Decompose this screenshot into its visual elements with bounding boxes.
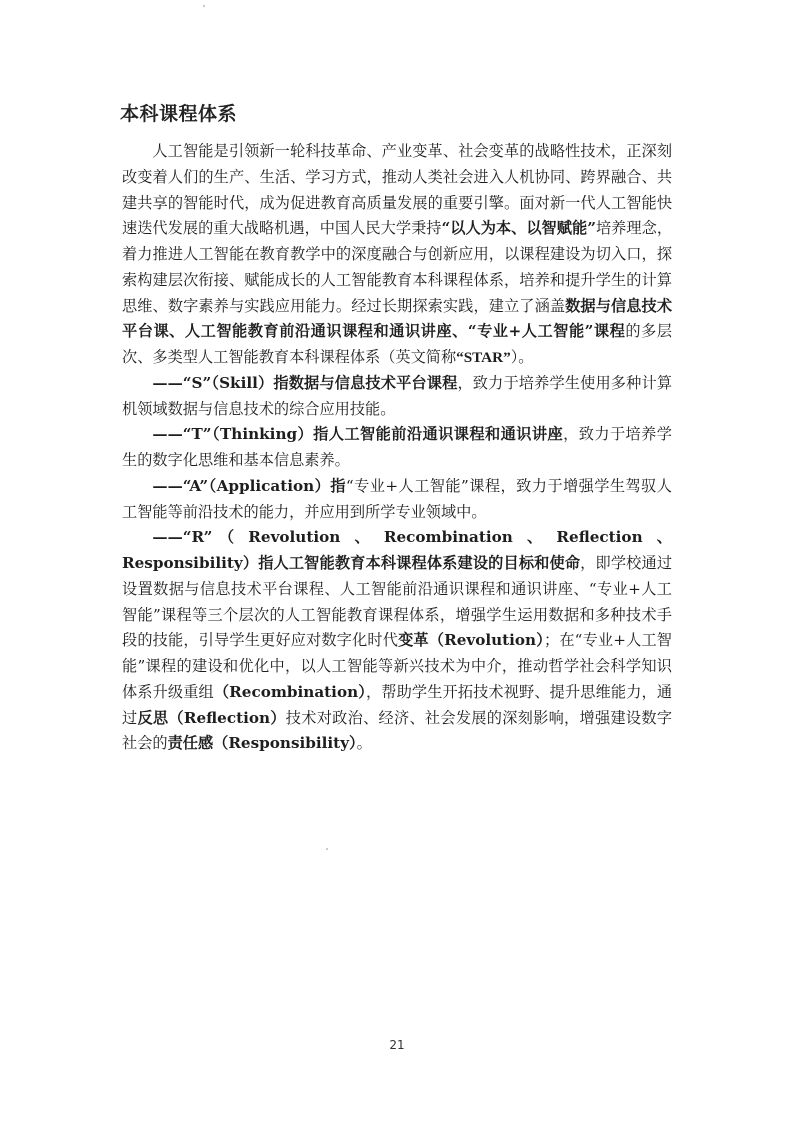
r-emphasis-responsibility: 责任感（Responsibility） (168, 734, 357, 752)
body-text: 人工智能是引领新一轮科技革命、产业变革、社会变革的战略性技术，正深刻改变着人们的… (122, 139, 672, 757)
s-skill-heading: ——“S”（Skill）指数据与信息技术平台课程 (152, 374, 457, 392)
page-number: 21 (0, 1038, 794, 1052)
a-application-heading: ——“A”（Application）指 (152, 477, 346, 495)
intro-emphasis-motto: “以人为本、以智赋能” (442, 219, 596, 237)
scan-speck (203, 5, 205, 7)
paragraph-t-thinking: ——“T”（Thinking）指人工智能前沿通识课程和通识讲座，致力于培养学生的… (122, 422, 672, 474)
paragraph-intro: 人工智能是引领新一轮科技革命、产业变革、社会变革的战略性技术，正深刻改变着人们的… (122, 139, 672, 371)
r-text: 。 (357, 734, 372, 752)
paragraph-s-skill: ——“S”（Skill）指数据与信息技术平台课程，致力于培养学生使用多种计算机领… (122, 371, 672, 423)
paragraph-a-application: ——“A”（Application）指“专业+人工智能”课程，致力于增强学生驾驭… (122, 474, 672, 526)
document-page: 本科课程体系 人工智能是引领新一轮科技革命、产业变革、社会变革的战略性技术，正深… (0, 0, 794, 1122)
r-emphasis-reflection: 反思（Reflection） (137, 709, 285, 727)
r-emphasis-recombination: （Recombination） (214, 683, 366, 701)
intro-text: ）。 (511, 348, 534, 366)
paragraph-r-revolution: ——“R”（Revolution、Recombination、Reflectio… (122, 525, 672, 757)
section-title: 本科课程体系 (120, 99, 237, 126)
t-thinking-heading: ——“T”（Thinking）指人工智能前沿通识课程和通识讲座 (152, 425, 563, 443)
scan-speck (326, 848, 328, 850)
intro-emphasis-star: “STAR” (456, 349, 511, 366)
r-emphasis-revolution: 变革（Revolution） (398, 631, 544, 649)
